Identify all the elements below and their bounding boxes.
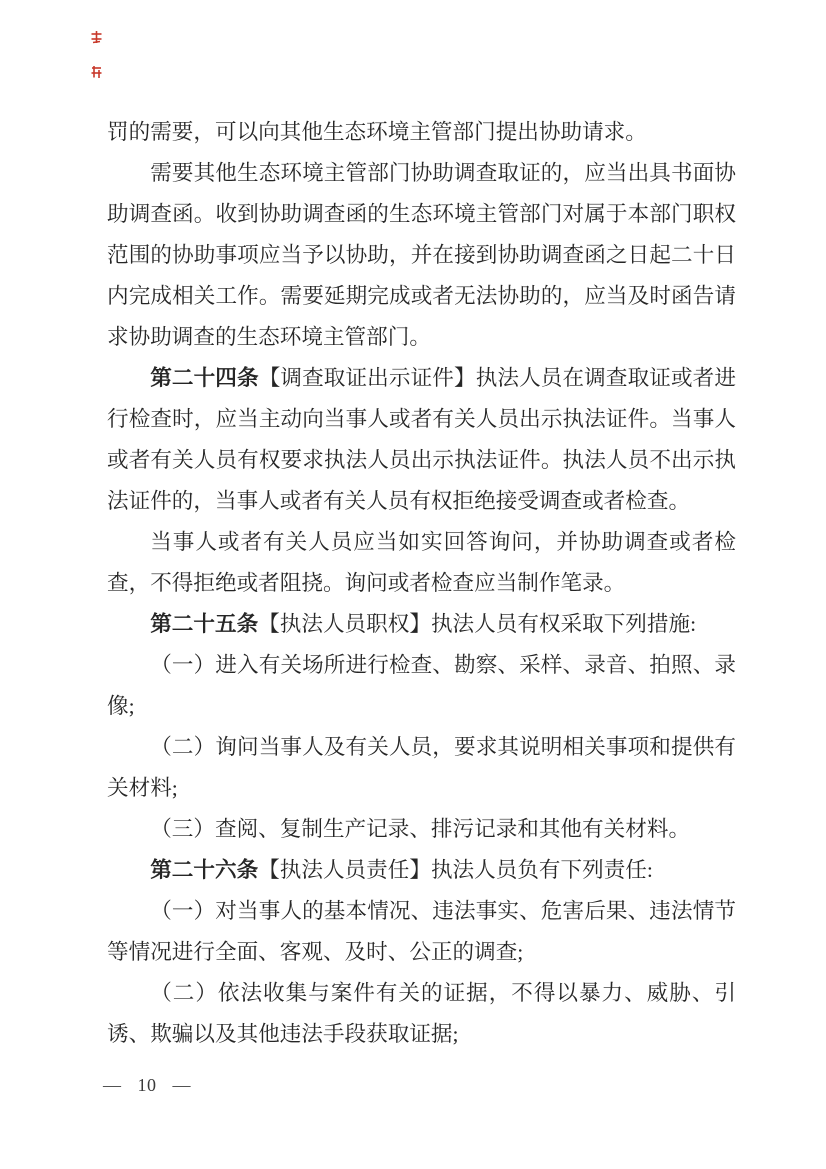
paragraph: 罚的需要，可以向其他生态环境主管部门提出协助请求。 <box>107 112 736 153</box>
red-stamp-mark <box>90 65 103 79</box>
paragraph: 当事人或者有关人员应当如实回答询问，并协助调查或者检查，不得拒绝或者阻挠。询问或… <box>107 522 736 604</box>
article-paragraph: 第二十六条【执法人员责任】执法人员负有下列责任: <box>107 850 736 891</box>
paragraph-text: （二）依法收集与案件有关的证据，不得以暴力、威胁、引诱、欺骗以及其他违法手段获取… <box>107 981 736 1046</box>
document-page: 罚的需要，可以向其他生态环境主管部门提出协助请求。需要其他生态环境主管部门协助调… <box>0 0 826 1169</box>
article-title-bracket: 【调查取证出示证件】 <box>259 366 476 390</box>
corner-marks <box>90 30 103 79</box>
article-paragraph: 第二十五条【执法人员职权】执法人员有权采取下列措施: <box>107 604 736 645</box>
paragraph-text: 执法人员负有下列责任: <box>431 858 653 882</box>
paragraph: （三）查阅、复制生产记录、排污记录和其他有关材料。 <box>107 809 736 850</box>
red-stamp-mark <box>90 30 103 44</box>
article-number: 第二十四条 <box>150 366 259 390</box>
paragraph-text: （一）进入有关场所进行检查、勘察、采样、录音、拍照、录像; <box>107 653 736 718</box>
article-number: 第二十六条 <box>150 858 258 882</box>
article-title-bracket: 【执法人员责任】 <box>258 858 431 882</box>
paragraph-text: 需要其他生态环境主管部门协助调查取证的，应当出具书面协助调查函。收到协助调查函的… <box>107 161 736 349</box>
paragraph-text: （二）询问当事人及有关人员，要求其说明相关事项和提供有关材料; <box>107 735 736 800</box>
footer-dash-right: — <box>173 1075 192 1096</box>
paragraph-text: （一）对当事人的基本情况、违法事实、危害后果、违法情节等情况进行全面、客观、及时… <box>107 899 736 964</box>
document-body: 罚的需要，可以向其他生态环境主管部门提出协助请求。需要其他生态环境主管部门协助调… <box>107 112 736 1055</box>
paragraph-text: 当事人或者有关人员应当如实回答询问，并协助调查或者检查，不得拒绝或者阻挠。询问或… <box>107 530 736 595</box>
paragraph-text: 罚的需要，可以向其他生态环境主管部门提出协助请求。 <box>107 120 647 144</box>
article-paragraph: 第二十四条【调查取证出示证件】执法人员在调查取证或者进行检查时，应当主动向当事人… <box>107 358 736 522</box>
page-number: 10 <box>138 1075 157 1096</box>
paragraph-text: （三）查阅、复制生产记录、排污记录和其他有关材料。 <box>150 817 690 841</box>
paragraph: （一）对当事人的基本情况、违法事实、危害后果、违法情节等情况进行全面、客观、及时… <box>107 891 736 973</box>
article-title-bracket: 【执法人员职权】 <box>258 612 431 636</box>
page-footer: — 10 — <box>103 1075 191 1096</box>
paragraph: （一）进入有关场所进行检查、勘察、采样、录音、拍照、录像; <box>107 645 736 727</box>
paragraph: 需要其他生态环境主管部门协助调查取证的，应当出具书面协助调查函。收到协助调查函的… <box>107 153 736 358</box>
paragraph: （二）依法收集与案件有关的证据，不得以暴力、威胁、引诱、欺骗以及其他违法手段获取… <box>107 973 736 1055</box>
paragraph: （二）询问当事人及有关人员，要求其说明相关事项和提供有关材料; <box>107 727 736 809</box>
article-number: 第二十五条 <box>150 612 258 636</box>
paragraph-text: 执法人员有权采取下列措施: <box>431 612 696 636</box>
footer-dash-left: — <box>103 1075 122 1096</box>
